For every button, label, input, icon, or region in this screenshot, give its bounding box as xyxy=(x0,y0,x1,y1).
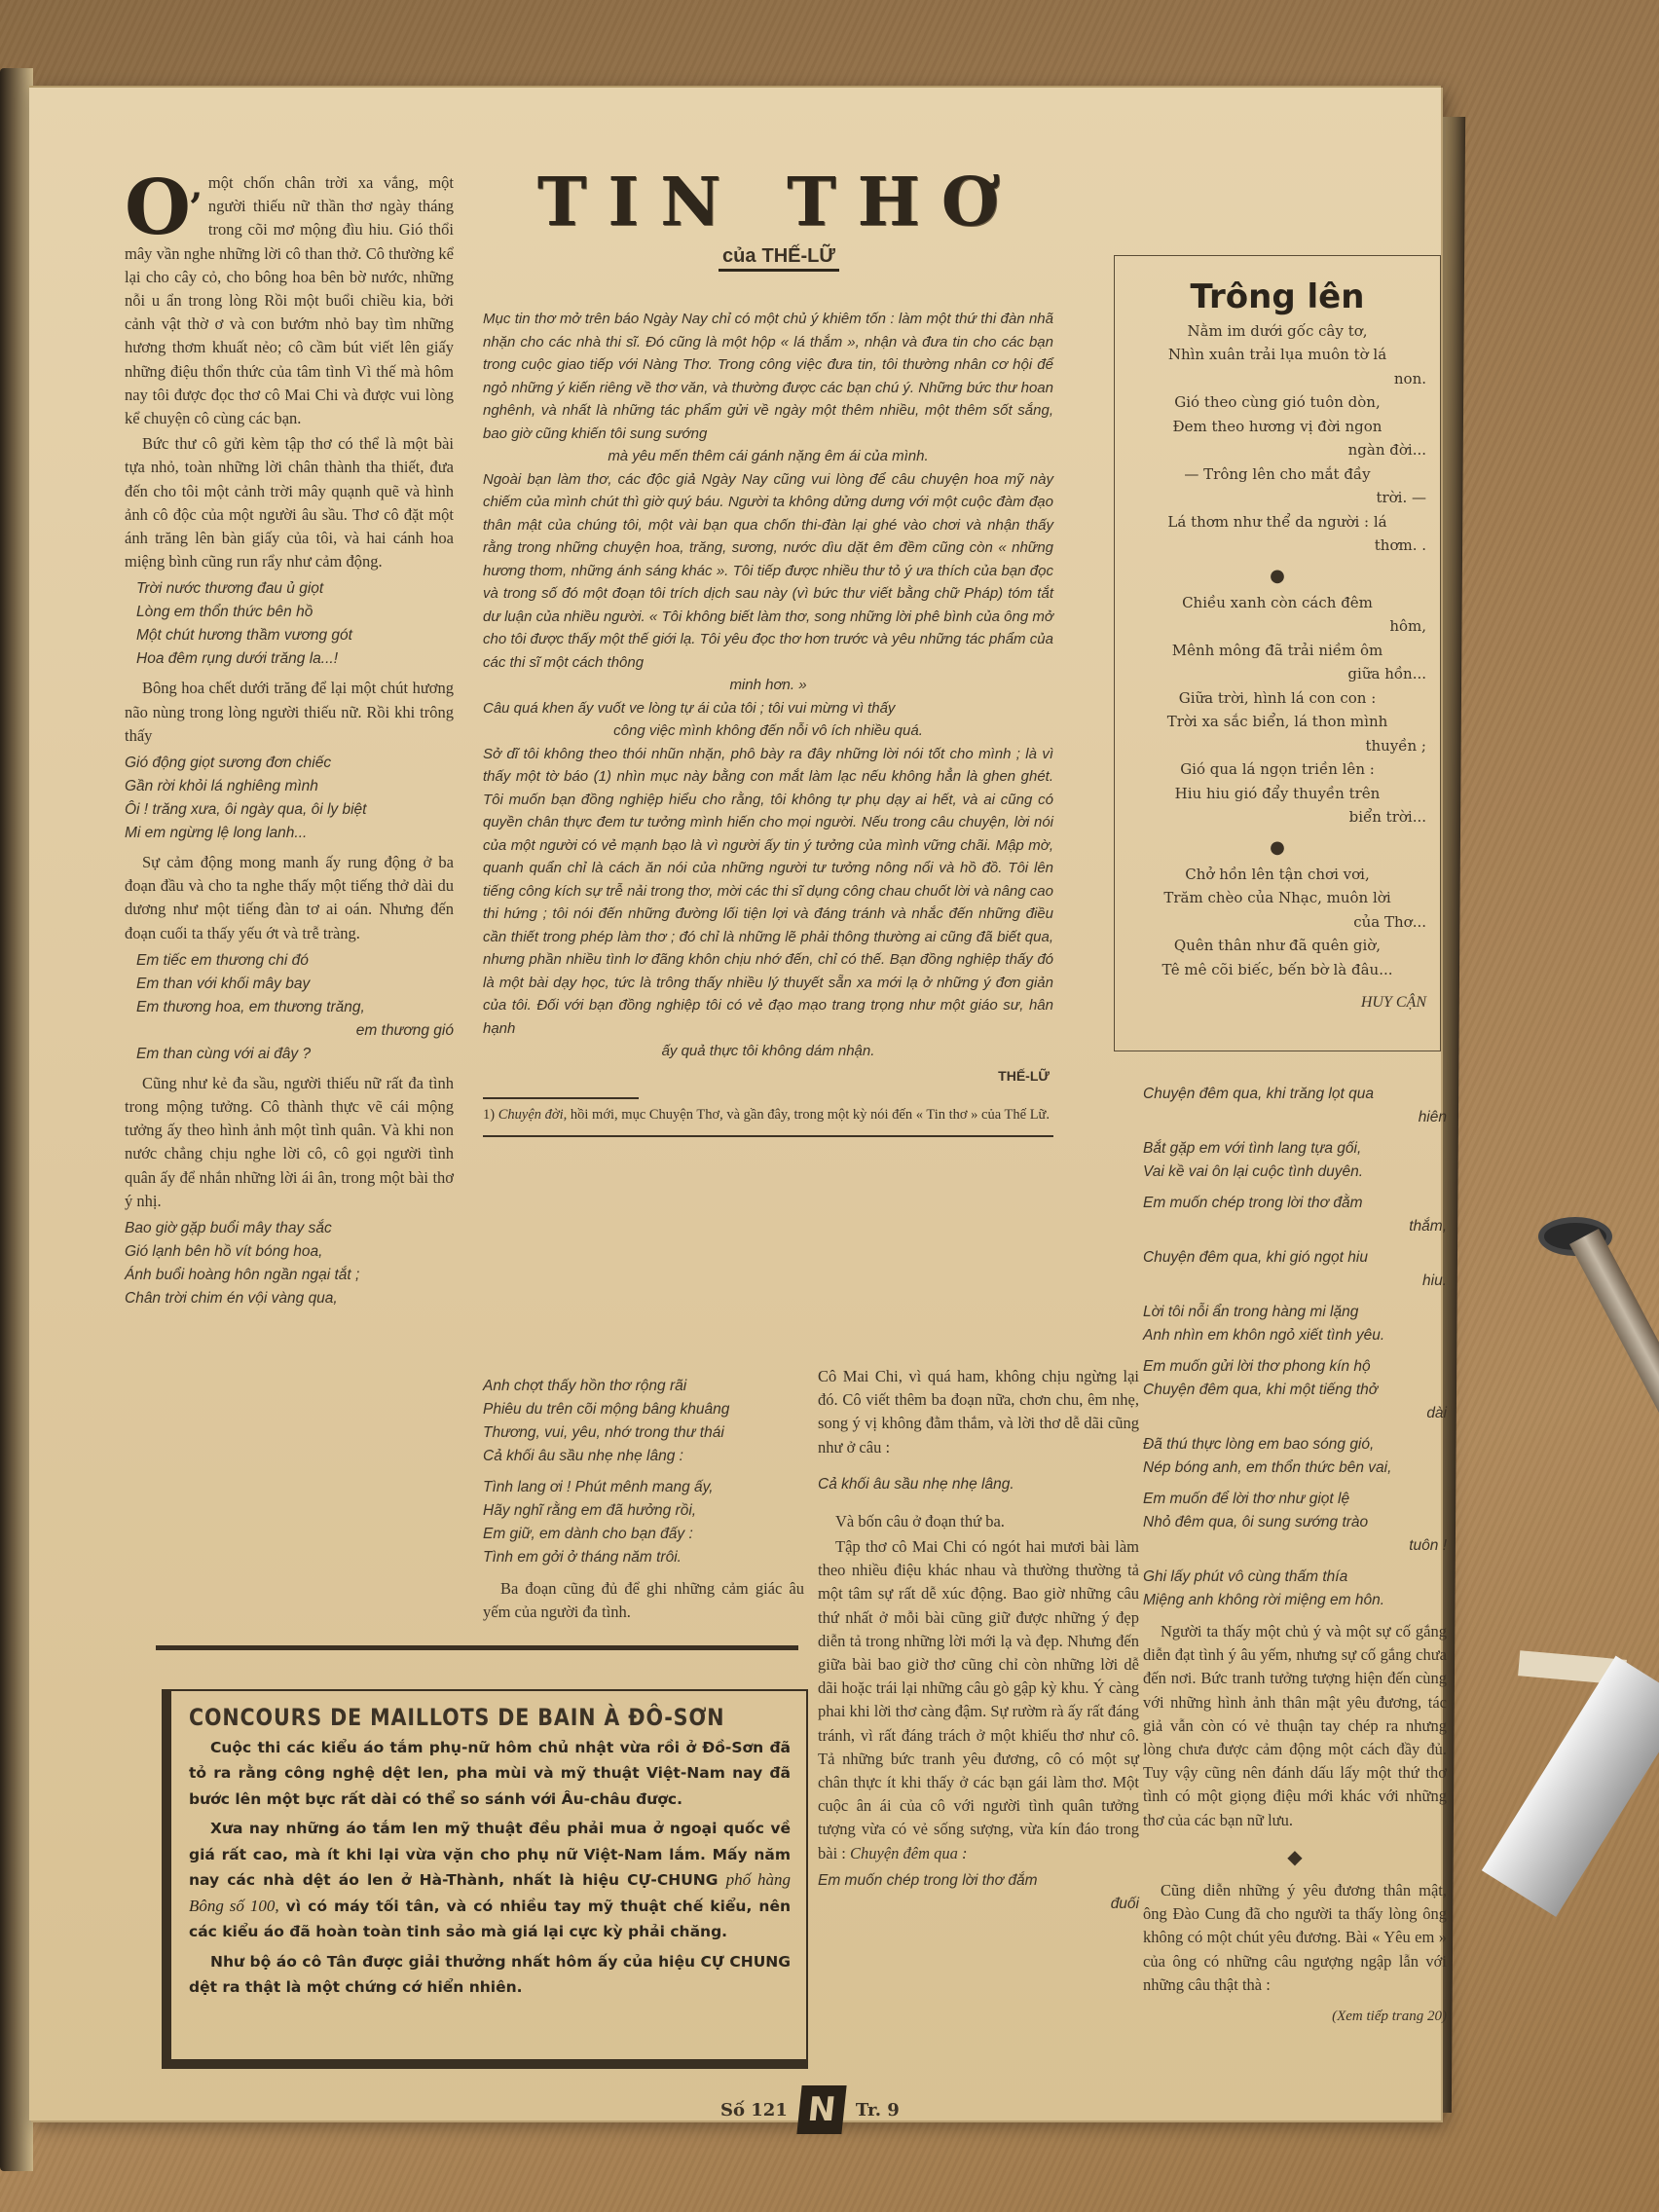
right-column: Chuyện đêm qua, khi trăng lọt quahiênBắt… xyxy=(1143,1079,1447,2028)
poem-line: Lá thơm như thể da người : lá xyxy=(1128,510,1426,535)
poem-stanza: Nằm im dưới gốc cây tơ,Nhìn xuân trải lụ… xyxy=(1128,319,1426,558)
paragraph: Cô Mai Chi, vì quá ham, không chịu ngừng… xyxy=(818,1365,1139,1459)
verse-line: Chuyện đêm qua, khi gió ngọt hiu xyxy=(1143,1246,1447,1270)
verse-line: hiu. xyxy=(1143,1270,1447,1293)
poem-line: Quên thân như đã quên giờ, xyxy=(1128,934,1426,958)
poem-line: Tê mê cõi biếc, bến bờ là đâu... xyxy=(1128,958,1426,982)
diamond-ornament-icon: ◆ xyxy=(1143,1846,1447,1869)
article-header: TIN THƠ củaTHẾ-LỮ xyxy=(477,164,1081,272)
byline: củaTHẾ-LỮ xyxy=(477,245,1081,272)
paragraph: Tập thơ cô Mai Chi có ngót hai mươi bài … xyxy=(818,1535,1139,1865)
verse-line: Em muốn gửi lời thơ phong kín hộ xyxy=(1143,1355,1447,1379)
ad-paragraph: Xưa nay những áo tắm len mỹ thuật đều ph… xyxy=(189,1816,791,1945)
section-divider xyxy=(156,1645,798,1650)
poem-line: — Trông lên cho mắt đầy xyxy=(1128,462,1426,487)
ad-paragraph: Như bộ áo cô Tân được giải thưởng nhất h… xyxy=(189,1949,791,2001)
verse-line: Cả khối âu sầu nhẹ nhẹ lâng. xyxy=(818,1473,1139,1496)
verse-line: hiên xyxy=(1143,1106,1447,1129)
bullet-icon: ● xyxy=(1128,837,1426,859)
poem-line: của Thơ... xyxy=(1128,910,1426,935)
verse-line: Nép bóng anh, em thổn thức bên vai, xyxy=(1143,1456,1447,1480)
verse-block: Anh chợt thấy hồn thơ rộng rãi Phiêu du … xyxy=(483,1375,804,1569)
paragraph: Người ta thấy một chủ ý và một sự cố gắn… xyxy=(1143,1620,1447,1832)
intro-paragraph: Câu quá khen ấy vuốt ve lòng tự ái của t… xyxy=(483,697,1053,720)
footnote: 1) Chuyện đời, hồi mới, mục Chuyện Thơ, … xyxy=(483,1105,1053,1125)
verse-block: Gió động giọt sương đơn chiếc Gần rời kh… xyxy=(125,752,454,845)
poem-line: ngàn đời... xyxy=(1128,438,1426,462)
mid-column-b: Cô Mai Chi, vì quá ham, không chịu ngừng… xyxy=(818,1365,1139,1922)
paragraph: Bức thư cô gửi kèm tập thơ có thể là một… xyxy=(125,432,454,573)
verse-line: Em muốn chép trong lời thơ đằm xyxy=(1143,1192,1447,1215)
verse-line: Lời tôi nỗi ẩn trong hàng mi lặng xyxy=(1143,1301,1447,1324)
poem-author: HUY CẬN xyxy=(1128,991,1426,1015)
verse-block: Chuyện đêm qua, khi trăng lọt quahiênBắt… xyxy=(1143,1083,1447,1612)
poem-line: Giữa trời, hình lá con con : xyxy=(1128,686,1426,711)
paragraph: Và bốn câu ở đoạn thứ ba. xyxy=(818,1510,1139,1533)
poem-line: Chở hồn lên tận chơi vơi, xyxy=(1128,863,1426,887)
poem-line: Hiu hiu gió đẩy thuyền trên xyxy=(1128,782,1426,806)
verse-line: dài xyxy=(1143,1402,1447,1425)
left-column: O’ một chốn chân trời xa vắng, một người… xyxy=(125,171,454,1316)
verse-block: Em tiếc em thương chi đó Em than với khố… xyxy=(125,949,454,1066)
paragraph: Cũng như kẻ đa sầu, người thiếu nữ rất đ… xyxy=(125,1072,454,1213)
issue-number: Số 121 xyxy=(720,2100,788,2120)
magazine-logo-icon: N xyxy=(796,2085,846,2134)
intro-column: Mục tin thơ mở trên báo Ngày Nay chỉ có … xyxy=(483,308,1053,1137)
poem-line: thuyền ; xyxy=(1128,734,1426,758)
divider xyxy=(483,1135,1053,1137)
mid-column-a: Anh chợt thấy hồn thơ rộng rãi Phiêu du … xyxy=(483,1371,804,1626)
verse-line: Anh nhìn em khôn ngỏ xiết tình yêu. xyxy=(1143,1324,1447,1347)
poem-line: Nhìn xuân trải lụa muôn tờ lá xyxy=(1128,343,1426,367)
poem-line: Trăm chèo của Nhạc, muôn lời xyxy=(1128,886,1426,910)
paragraph: Sự cảm động mong manh ấy rung động ở ba … xyxy=(125,851,454,945)
verse-line: tuôn ! xyxy=(1143,1534,1447,1558)
bullet-icon: ● xyxy=(1128,566,1426,587)
verse-line: Bắt gặp em với tình lang tựa gối, xyxy=(1143,1137,1447,1161)
poem-line: Mênh mông đã trải niềm ôm xyxy=(1128,639,1426,663)
verse-line: Ghi lấy phút vô cùng thấm thía xyxy=(1143,1566,1447,1589)
byline-author: THẾ-LỮ xyxy=(762,245,835,268)
dropcap: O’ xyxy=(125,177,201,240)
intro-paragraph: Ngoài bạn làm thơ, các độc giả Ngày Nay … xyxy=(483,468,1053,675)
magazine-page: O’ một chốn chân trời xa vắng, một người… xyxy=(29,86,1441,2120)
poem-line: Trời xa sắc biển, lá thon mình xyxy=(1128,710,1426,734)
verse-block: Em muốn chép trong lời thơ đắm đuối xyxy=(818,1869,1139,1916)
signature: THẾ-LỮ xyxy=(483,1065,1053,1088)
continued-link[interactable]: (Xem tiếp trang 20) xyxy=(1143,2005,1447,2028)
ad-paragraph: Cuộc thi các kiểu áo tắm phụ-nữ hôm chủ … xyxy=(189,1735,791,1813)
poem-stanza: Chở hồn lên tận chơi vơi,Trăm chèo của N… xyxy=(1128,863,1426,982)
verse-block: Bao giờ gặp buổi mây thay sắc Gió lạnh b… xyxy=(125,1217,454,1310)
poem-line: giữa hồn... xyxy=(1128,662,1426,686)
poem-line: hôm, xyxy=(1128,614,1426,639)
verse-line: Nhỏ đêm qua, ôi sung sướng trào xyxy=(1143,1511,1447,1534)
footnote-divider xyxy=(483,1097,639,1099)
poem-line: thơm. . xyxy=(1128,534,1426,558)
poem-line: Nằm im dưới gốc cây tơ, xyxy=(1128,319,1426,344)
article-title: TIN THƠ xyxy=(477,164,1081,241)
poem-line: trời. — xyxy=(1128,486,1426,510)
poem-box: Trông lên Nằm im dưới gốc cây tơ,Nhìn xu… xyxy=(1114,255,1441,1051)
poem-line: non. xyxy=(1128,367,1426,391)
poem-line: Gió qua lá ngọn triền lên : xyxy=(1128,757,1426,782)
verse-line: Chuyện đêm qua, khi trăng lọt qua xyxy=(1143,1083,1447,1106)
verse-line: Chuyện đêm qua, khi một tiếng thở xyxy=(1143,1379,1447,1402)
page-folio: Số 121 N Tr. 9 xyxy=(720,2085,900,2134)
poem-stanza: Chiều xanh còn cách đêmhôm,Mênh mông đã … xyxy=(1128,591,1426,829)
verse-block: Trời nước thương đau ủ giọt Lòng em thổn… xyxy=(125,577,454,671)
verse-line: Vai kề vai ôn lại cuộc tình duyên. xyxy=(1143,1161,1447,1184)
intro-paragraph: Mục tin thơ mở trên báo Ngày Nay chỉ có … xyxy=(483,308,1053,445)
verse-line: Đã thú thực lòng em bao sóng gió, xyxy=(1143,1433,1447,1456)
poem-title: Trông lên xyxy=(1128,285,1426,310)
page-number: Tr. 9 xyxy=(856,2100,900,2120)
ad-title: CONCOURS DE MAILLOTS DE BAIN À ĐÔ-SƠN xyxy=(189,1705,706,1731)
verse-line: thắm, xyxy=(1143,1215,1447,1238)
paragraph: Ba đoạn cũng đủ để ghi những cảm giác âu… xyxy=(483,1577,804,1624)
intro-paragraph: Sở dĩ tôi không theo thói nhũn nhặn, phô… xyxy=(483,743,1053,1041)
poem-line: Đem theo hương vị đời ngon xyxy=(1128,415,1426,439)
paragraph: Bông hoa chết dưới trăng để lại một chút… xyxy=(125,677,454,748)
verse-line: Miệng anh không rời miệng em hôn. xyxy=(1143,1589,1447,1612)
verse-line: Em muốn để lời thơ như giọt lệ xyxy=(1143,1488,1447,1511)
poem-line: Gió theo cùng gió tuôn dòn, xyxy=(1128,390,1426,415)
poem-line: Chiều xanh còn cách đêm xyxy=(1128,591,1426,615)
paragraph: Cũng diễn những ý yêu đương thân mật, ôn… xyxy=(1143,1879,1447,1997)
opening-paragraph: O’ một chốn chân trời xa vắng, một người… xyxy=(125,171,454,430)
book-spine-edge xyxy=(0,68,33,2171)
poem-line: biển trời... xyxy=(1128,805,1426,829)
advertisement-box: CONCOURS DE MAILLOTS DE BAIN À ĐÔ-SƠN Cu… xyxy=(162,1689,808,2069)
